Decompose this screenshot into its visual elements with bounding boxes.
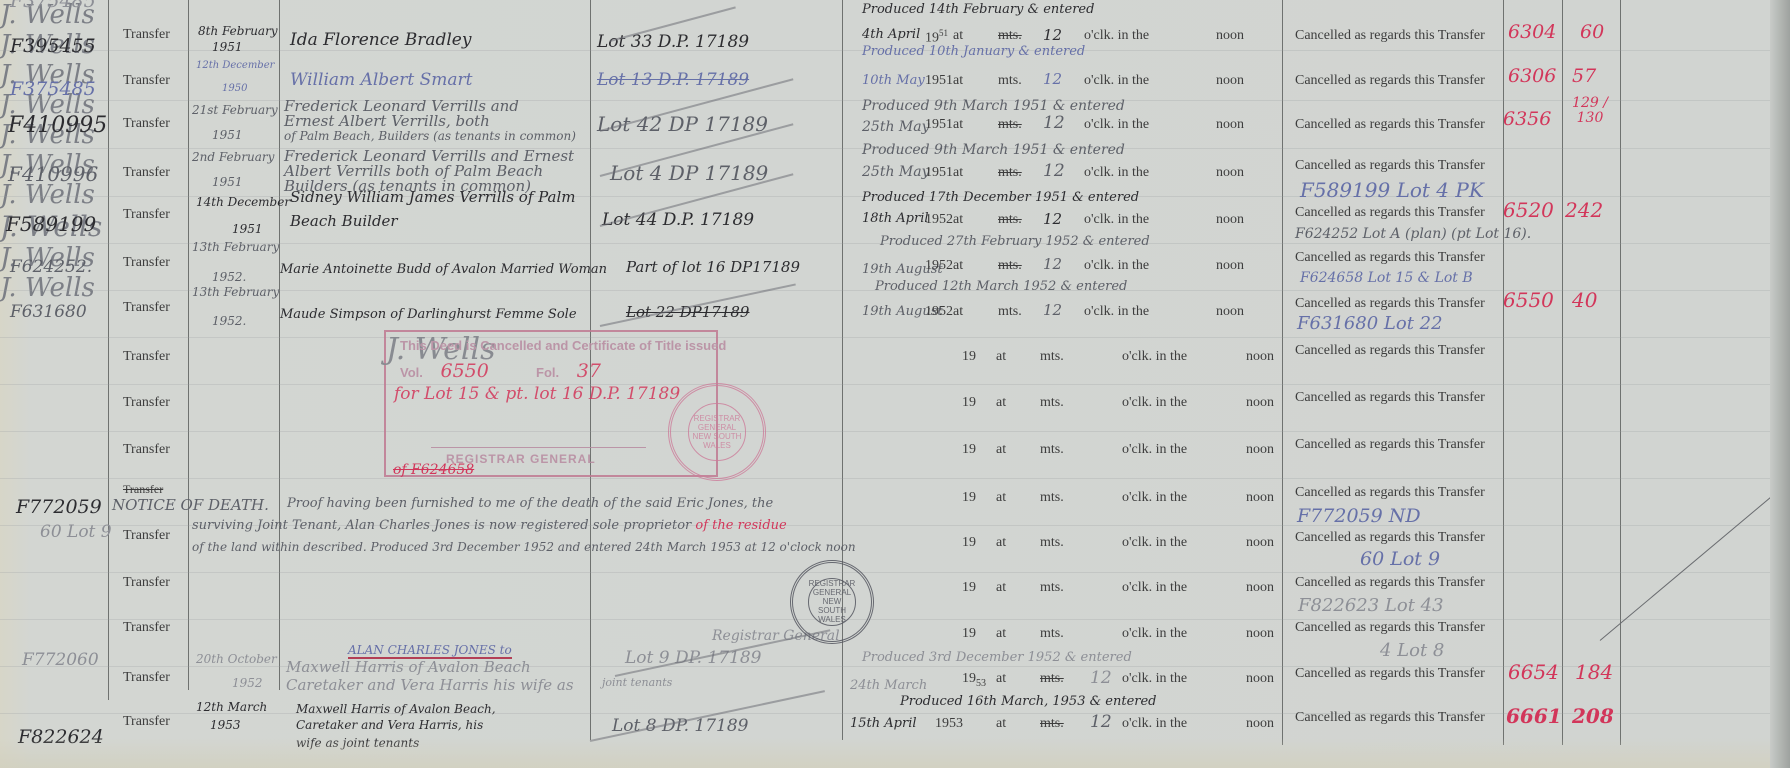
dealing-type: Transfer xyxy=(123,349,170,365)
year-prefix: 1952 xyxy=(925,304,953,320)
entered-day: 25th May xyxy=(862,119,930,135)
row-rule xyxy=(0,478,1770,479)
dealing-number: F589199 xyxy=(6,212,96,236)
side-note: 60 Lot 9 xyxy=(40,522,112,542)
stamp-volume: Vol. 6550 xyxy=(400,360,489,382)
at-label: at xyxy=(953,117,963,133)
party-name-line3: of Palm Beach, Builders (as tenants in c… xyxy=(284,129,576,143)
dealing-date-day: 20th October xyxy=(196,652,277,666)
mts-label: mts. xyxy=(998,258,1022,274)
cancelled-label: Cancelled as regards this Transfer xyxy=(1295,620,1485,636)
oclk-label: o'clk. in the xyxy=(1122,716,1187,732)
dealing-date-day: 12th December xyxy=(196,60,274,71)
party-name: Marie Antoinette Budd of Avalon Married … xyxy=(280,262,607,277)
dealing-type: Transfer xyxy=(123,207,170,223)
dealing-number: F410996 xyxy=(8,162,98,186)
dealing-number: F772059 xyxy=(16,496,102,518)
registrar-seal-icon: REGISTRAR GENERAL NEW SOUTH WALES xyxy=(668,383,766,481)
noon-label: noon xyxy=(1246,490,1274,506)
dealing-date-day: 2nd February xyxy=(192,150,274,164)
time-hours: 12 xyxy=(1090,712,1112,732)
dealing-date-year: 1952. xyxy=(212,270,246,284)
dealing-type: Transfer xyxy=(123,714,170,730)
dealing-date-year: 1953 xyxy=(210,718,241,732)
entered-day: 18th April xyxy=(862,211,929,226)
produced-note: Produced 10th January & entered xyxy=(862,44,1085,59)
year-prefix: 19 xyxy=(962,535,976,551)
dealing-number: F395455 xyxy=(10,35,96,57)
cancelled-label: Cancelled as regards this Transfer xyxy=(1295,437,1485,453)
dealing-number: F375485 xyxy=(10,78,96,100)
cancelled-label: Cancelled as regards this Transfer xyxy=(1295,250,1485,266)
oclk-label: o'clk. in the xyxy=(1122,349,1187,365)
noon-label: noon xyxy=(1246,626,1274,642)
noon-label: noon xyxy=(1216,28,1244,44)
struck-dealing-type: Transfer xyxy=(123,482,163,497)
column-rule xyxy=(1562,0,1563,745)
row-rule xyxy=(0,619,1770,620)
column-rule xyxy=(1620,0,1621,745)
cancelled-label: Cancelled as regards this Transfer xyxy=(1295,296,1485,312)
dealing-type: Transfer xyxy=(123,255,170,271)
produced-note: Produced 9th March 1951 & entered xyxy=(862,142,1125,158)
year-prefix: 1951 xyxy=(925,73,953,89)
folio-number: 57 xyxy=(1572,65,1596,87)
oclk-label: o'clk. in the xyxy=(1122,626,1187,642)
at-label: at xyxy=(996,490,1006,506)
mts-label: mts. xyxy=(998,212,1022,228)
margin-note: 4 Lot 8 xyxy=(1380,640,1444,661)
cancelled-label: Cancelled as regards this Transfer xyxy=(1295,117,1485,133)
dealing-type: Transfer xyxy=(123,27,170,43)
volume-number: 6356 xyxy=(1503,108,1551,130)
noon-label: noon xyxy=(1216,73,1244,89)
noon-label: noon xyxy=(1246,349,1274,365)
volume-number: 6304 xyxy=(1508,21,1556,43)
dealing-type: Transfer xyxy=(123,116,170,132)
noon-label: noon xyxy=(1246,580,1274,596)
at-label: at xyxy=(996,535,1006,551)
dealing-number: F624252. xyxy=(10,257,92,277)
stamp-lot-description: for Lot 15 & pt. lot 16 D.P. 17189 xyxy=(394,384,680,404)
folio-number: 129 / 130 xyxy=(1570,96,1610,126)
at-label: at xyxy=(996,671,1006,687)
stamp-reference: of F624658 xyxy=(393,462,474,478)
dealing-type: Transfer xyxy=(123,395,170,411)
stamp-folio: Fol. 37 xyxy=(536,360,601,382)
mts-label: mts. xyxy=(1040,580,1064,596)
year-prefix: 19 xyxy=(962,349,976,365)
margin-note: F589199 Lot 4 PK xyxy=(1300,178,1484,202)
cancelled-label: Cancelled as regards this Transfer xyxy=(1295,666,1485,682)
time-hours: 12 xyxy=(1043,161,1065,181)
noon-label: noon xyxy=(1246,535,1274,551)
folio-number: 40 xyxy=(1572,288,1597,312)
produced-note: Produced 9th March 1951 & entered xyxy=(862,98,1125,114)
produced-note: Produced 27th February 1952 & entered xyxy=(880,234,1150,249)
party-name-line2: Ernest Albert Verrills, both xyxy=(284,114,490,129)
noon-label: noon xyxy=(1246,442,1274,458)
mts-label: mts. xyxy=(1040,442,1064,458)
noon-label: noon xyxy=(1246,671,1274,687)
mts-label: mts. xyxy=(998,28,1022,44)
volume-number: 6654 xyxy=(1508,660,1559,684)
cancellation-stamp: This Deed is Cancelled and Certificate o… xyxy=(384,330,718,477)
year-prefix: 1952 xyxy=(925,212,953,228)
notice-text-line2: surviving Joint Tenant, Alan Charles Jon… xyxy=(192,518,787,533)
dealing-date-day: 13th February xyxy=(192,285,279,299)
dealing-date-year: 1951 xyxy=(232,222,263,236)
cancelled-label: Cancelled as regards this Transfer xyxy=(1295,485,1485,501)
oclk-label: o'clk. in the xyxy=(1122,490,1187,506)
volume-number: 6306 xyxy=(1508,65,1556,87)
oclk-label: o'clk. in the xyxy=(1084,117,1149,133)
party-header: ALAN CHARLES JONES to xyxy=(348,643,512,659)
notice-text-line1: Proof having been furnished to me of the… xyxy=(287,496,773,511)
cancelled-label: Cancelled as regards this Transfer xyxy=(1295,205,1485,221)
at-label: at xyxy=(953,304,963,320)
dealing-type: Transfer xyxy=(123,442,170,458)
mts-label: mts. xyxy=(1040,490,1064,506)
time-hours: 12 xyxy=(1043,255,1062,273)
mts-label: mts. xyxy=(1040,349,1064,365)
dealing-type: Transfer xyxy=(123,300,170,316)
produced-note: Produced 14th February & entered xyxy=(862,2,1094,17)
cancelled-label: Cancelled as regards this Transfer xyxy=(1295,158,1485,174)
lot-description: Lot 8 DP. 17189 xyxy=(612,716,749,736)
dealing-date-year: 1951 xyxy=(212,40,243,54)
year-prefix: 19 xyxy=(962,580,976,596)
margin-note: F624252 Lot A (plan) (pt Lot 16). xyxy=(1295,226,1531,242)
column-rule xyxy=(188,0,189,690)
mts-label: mts. xyxy=(1040,671,1064,687)
row-rule xyxy=(0,666,1770,667)
cancelled-label: Cancelled as regards this Transfer xyxy=(1295,710,1485,726)
noon-label: noon xyxy=(1246,716,1274,732)
volume-number: 6661 xyxy=(1506,704,1562,728)
entered-day: 4th April xyxy=(862,27,920,42)
lot-description: Lot 33 D.P. 17189 xyxy=(597,32,749,52)
mts-label: mts. xyxy=(998,165,1022,181)
noon-label: noon xyxy=(1216,212,1244,228)
mts-label: mts. xyxy=(1040,716,1064,732)
party-name-line2: Beach Builder xyxy=(290,214,398,229)
at-label: at xyxy=(953,165,963,181)
mts-label: mts. xyxy=(1040,535,1064,551)
cancelled-label: Cancelled as regards this Transfer xyxy=(1295,390,1485,406)
dealing-date-year: 1951 xyxy=(212,128,243,142)
at-label: at xyxy=(996,626,1006,642)
year-prefix: 19 xyxy=(962,442,976,458)
lot-description: Lot 13 D.P. 17189 xyxy=(597,70,749,90)
oclk-label: o'clk. in the xyxy=(1122,442,1187,458)
noon-label: noon xyxy=(1216,304,1244,320)
at-label: at xyxy=(996,442,1006,458)
row-rule xyxy=(0,572,1770,573)
row-rule xyxy=(0,431,1770,432)
margin-note: 60 Lot 9 xyxy=(1360,548,1440,570)
at-label: at xyxy=(996,716,1006,732)
cancelled-label: Cancelled as regards this Transfer xyxy=(1295,343,1485,359)
dealing-date-year: 1950 xyxy=(222,83,247,94)
oclk-label: o'clk. in the xyxy=(1084,212,1149,228)
folio-number: 60 xyxy=(1580,21,1604,43)
year-prefix: 1952 xyxy=(925,258,953,274)
entry-row: F395455 Transfer 8th February 1951 Ida F… xyxy=(0,0,1770,30)
margin-note: F631680 Lot 22 xyxy=(1297,313,1443,334)
page-shadow xyxy=(0,738,1770,768)
mts-label: mts. xyxy=(998,73,1022,89)
row-rule xyxy=(0,337,1770,338)
produced-note: Produced 12th March 1952 & entered xyxy=(875,279,1127,294)
party-name: Maude Simpson of Darlinghurst Femme Sole xyxy=(280,307,577,322)
volume-number: 6520 xyxy=(1503,198,1554,222)
oclk-label: o'clk. in the xyxy=(1084,73,1149,89)
entered-day: 24th March xyxy=(850,678,927,693)
party-name: Maxwell Harris of Avalon Beach, xyxy=(296,702,496,716)
column-rule xyxy=(108,0,109,700)
dealing-date-day: 12th March xyxy=(196,700,267,714)
dealing-type: Transfer xyxy=(123,528,170,544)
entered-day: 15th April xyxy=(850,716,917,731)
row-rule xyxy=(0,384,1770,385)
dealing-type: Transfer xyxy=(123,620,170,636)
produced-note: Produced 3rd December 1952 & entered xyxy=(862,650,1132,665)
dealing-date-year: 1952. xyxy=(212,314,246,328)
lot-note: joint tenants xyxy=(602,676,672,689)
dealing-date-day: 21st February xyxy=(192,103,278,117)
oclk-label: o'clk. in the xyxy=(1084,28,1149,44)
entered-day: 25th May xyxy=(862,164,930,180)
party-name-line2: Caretaker and Vera Harris his wife as xyxy=(286,678,574,693)
dealing-date-day: 8th February xyxy=(198,24,278,38)
party-name: Sidney William James Verrills of Palm xyxy=(290,190,576,205)
time-hours: 12 xyxy=(1043,70,1062,88)
dealing-number: F772060 xyxy=(22,650,99,670)
column-rule xyxy=(1282,0,1283,745)
lot-description: Part of lot 16 DP17189 xyxy=(626,258,800,276)
at-label: at xyxy=(953,212,963,228)
cancelled-label: Cancelled as regards this Transfer xyxy=(1295,575,1485,591)
register-page: F375485 F395455 Transfer 8th February 19… xyxy=(0,0,1770,768)
party-name-line2: Caretaker and Vera Harris, his xyxy=(296,718,483,732)
notice-heading: NOTICE OF DEATH. xyxy=(112,496,269,514)
year-prefix: 19 xyxy=(962,395,976,411)
registrar-seal-icon: REGISTRAR GENERAL NEW SOUTH WALES xyxy=(790,560,874,644)
oclk-label: o'clk. in the xyxy=(1084,165,1149,181)
at-label: at xyxy=(996,580,1006,596)
oclk-label: o'clk. in the xyxy=(1084,258,1149,274)
folio-number: 184 xyxy=(1575,660,1613,684)
dealing-type: Transfer xyxy=(123,165,170,181)
year-prefix: 1951 xyxy=(925,117,953,133)
signature-line xyxy=(431,447,646,448)
year-prefix: 19 xyxy=(962,490,976,506)
mts-label: mts. xyxy=(998,304,1022,320)
margin-note: F624658 Lot 15 & Lot B xyxy=(1300,270,1473,286)
mts-label: mts. xyxy=(1040,395,1064,411)
dealing-date-year: 1951 xyxy=(212,175,243,189)
noon-label: noon xyxy=(1246,395,1274,411)
dealing-date-year: 1952 xyxy=(232,676,263,690)
at-label: at xyxy=(996,395,1006,411)
party-name: Ida Florence Bradley xyxy=(290,30,471,50)
produced-note: Produced 16th March, 1953 & entered xyxy=(900,694,1157,709)
produced-note: Produced 17th December 1951 & entered xyxy=(862,190,1139,205)
time-hours: 12 xyxy=(1043,26,1062,44)
oclk-label: o'clk. in the xyxy=(1122,535,1187,551)
folio-number: 242 xyxy=(1565,198,1603,222)
noon-label: noon xyxy=(1216,258,1244,274)
column-rule xyxy=(279,0,280,690)
at-label: at xyxy=(953,258,963,274)
dealing-date-day: 14th December xyxy=(196,195,290,209)
at-label: at xyxy=(953,73,963,89)
dealing-date-day: 13th February xyxy=(192,240,279,254)
cancelled-label: Cancelled as regards this Transfer xyxy=(1295,28,1485,44)
dealing-type: Transfer xyxy=(123,575,170,591)
dealing-type: Transfer xyxy=(123,670,170,686)
time-hours: 12 xyxy=(1090,668,1112,688)
at-label: at xyxy=(953,28,963,44)
year-prefix: 19 xyxy=(962,626,976,642)
top-fragment-number: F375485 xyxy=(10,0,96,12)
mts-label: mts. xyxy=(998,117,1022,133)
at-label: at xyxy=(996,349,1006,365)
cross-out-line xyxy=(1600,486,1784,641)
year-prefix: 1953 xyxy=(935,716,963,732)
notice-text-line3: of the land within described. Produced 3… xyxy=(192,540,856,554)
dealing-number: F410995 xyxy=(8,113,107,138)
time-hours: 12 xyxy=(1043,210,1062,228)
cancelled-label: Cancelled as regards this Transfer xyxy=(1295,530,1485,546)
dealing-number: F631680 xyxy=(10,302,87,322)
dealing-type: Transfer xyxy=(123,73,170,89)
oclk-label: o'clk. in the xyxy=(1122,580,1187,596)
year-prefix: 1953 xyxy=(962,671,986,689)
noon-label: noon xyxy=(1216,117,1244,133)
oclk-label: o'clk. in the xyxy=(1084,304,1149,320)
stamp-title: This Deed is Cancelled and Certificate o… xyxy=(400,338,726,353)
cancelled-label: Cancelled as regards this Transfer xyxy=(1295,73,1485,89)
folio-number: 208 xyxy=(1572,704,1614,728)
volume-number: 6550 xyxy=(1503,288,1554,312)
margin-note: F822623 Lot 43 xyxy=(1298,595,1444,616)
party-name: Maxwell Harris of Avalon Beach xyxy=(286,660,531,675)
noon-label: noon xyxy=(1216,165,1244,181)
time-hours: 12 xyxy=(1043,301,1062,319)
oclk-label: o'clk. in the xyxy=(1122,395,1187,411)
time-hours: 12 xyxy=(1043,113,1065,133)
lot-description: Lot 4 DP 17189 xyxy=(610,161,768,185)
margin-note: F772059 ND xyxy=(1297,505,1421,527)
year-prefix: 1951 xyxy=(925,165,953,181)
party-name: William Albert Smart xyxy=(290,70,472,90)
entered-day: 10th May xyxy=(862,73,925,88)
mts-label: mts. xyxy=(1040,626,1064,642)
page-edge xyxy=(1770,0,1790,768)
oclk-label: o'clk. in the xyxy=(1122,671,1187,687)
